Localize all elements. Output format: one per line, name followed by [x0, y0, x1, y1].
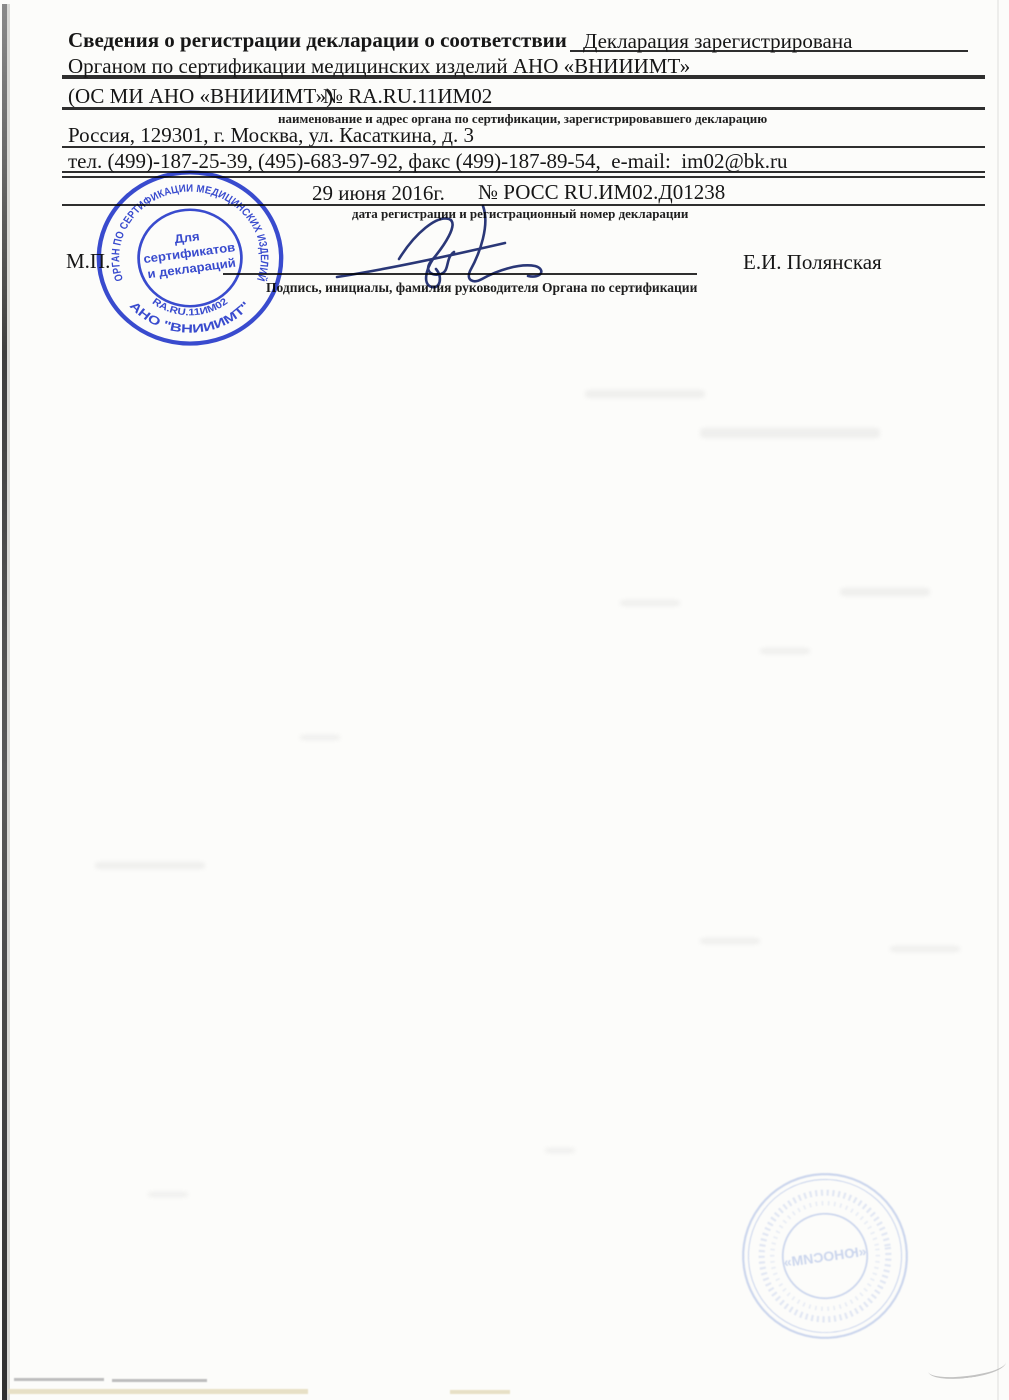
- scan-smudge: [890, 946, 960, 952]
- stamp-seal-icon: ОРГАН ПО СЕРТИФИКАЦИИ МЕДИЦИНСКИХ ИЗДЕЛИ…: [93, 167, 287, 349]
- registration-status: Декларация зарегистрирована: [583, 30, 852, 54]
- scan-edge-left-light: [7, 4, 10, 1400]
- section-title: Сведения о регистрации декларации о соот…: [68, 29, 567, 53]
- bleed-stamp-icon: «ЮНОСИМ»: [726, 1157, 925, 1356]
- scan-smudge: [620, 600, 680, 606]
- scanned-document-page: Сведения о регистрации декларации о соот…: [0, 0, 1009, 1400]
- org-accreditation-number: № RA.RU.11ИМ02: [323, 85, 492, 109]
- org-short-name: (ОС МИ АНО «ВНИИИМТ»): [68, 85, 333, 109]
- registration-number: № РОСС RU.ИМ02.Д01238: [478, 181, 725, 205]
- scan-bottom-mark: [14, 1378, 104, 1381]
- scan-bottom-mark: [112, 1379, 207, 1382]
- bleed-stamp-center-text: «ЮНОСИМ»: [783, 1243, 868, 1270]
- scan-smudge: [95, 862, 205, 869]
- org-address: Россия, 129301, г. Москва, ул. Касаткина…: [68, 124, 474, 148]
- scan-smudge: [700, 428, 880, 438]
- scan-bottom-strip: [450, 1390, 510, 1394]
- scan-smudge: [585, 390, 705, 398]
- scan-smudge: [700, 938, 760, 944]
- scan-smudge: [148, 1192, 188, 1197]
- scan-smudge: [760, 648, 810, 654]
- registration-date: 29 июня 2016г.: [312, 182, 445, 206]
- bleed-through-stamp: «ЮНОСИМ»: [726, 1157, 925, 1356]
- stamp-center-line1: Для: [173, 230, 200, 247]
- scan-smudge: [300, 735, 340, 740]
- signature: [333, 203, 548, 298]
- scan-bottom-strip: [8, 1389, 308, 1394]
- scan-smudge: [840, 588, 930, 596]
- signature-ink-icon: [333, 203, 548, 298]
- certification-stamp: ОРГАН ПО СЕРТИФИКАЦИИ МЕДИЦИНСКИХ ИЗДЕЛИ…: [93, 167, 287, 349]
- head-name: Е.И. Полянская: [743, 251, 882, 275]
- scan-edge-right: [997, 0, 999, 1400]
- scan-page-curl: [927, 1351, 1007, 1382]
- org-name-line: Органом по сертификации медицинских изде…: [68, 55, 690, 79]
- scan-smudge: [545, 1148, 575, 1153]
